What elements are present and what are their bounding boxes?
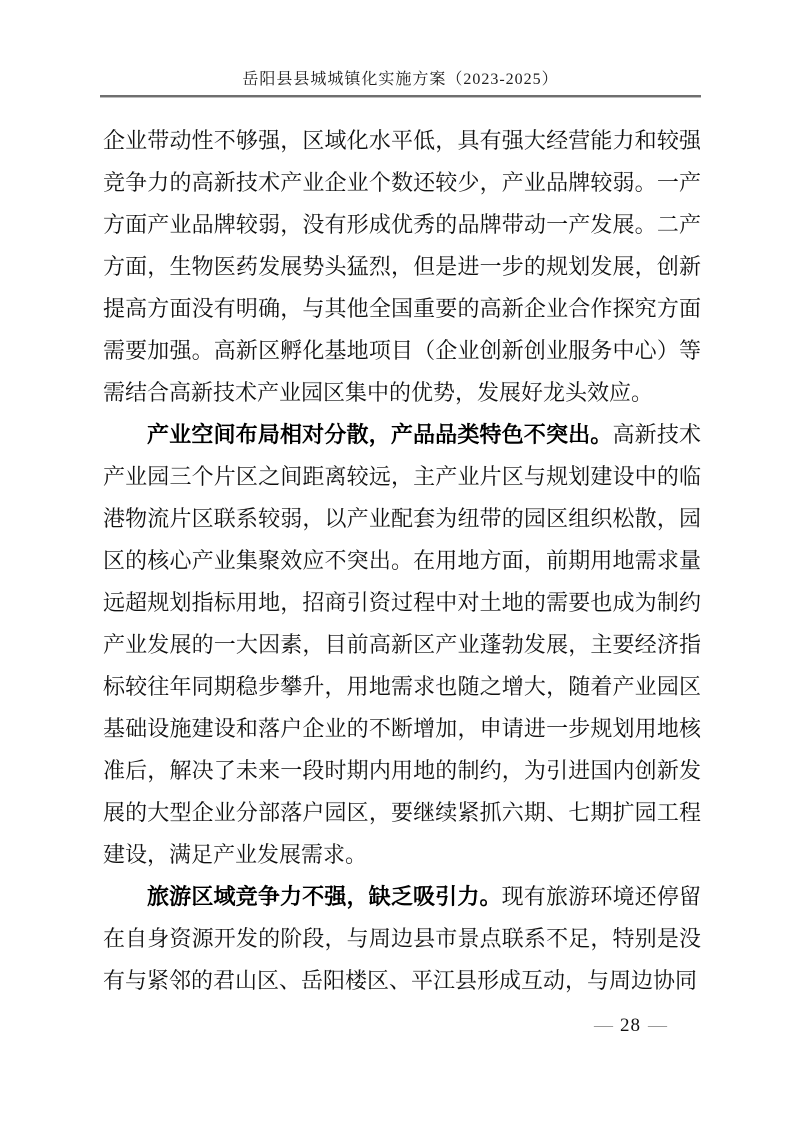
document-body: 企业带动性不够强，区域化水平低，具有强大经营能力和较强竞争力的高新技术产业企业个… xyxy=(103,120,701,1002)
header-divider-rule xyxy=(100,95,701,98)
paragraph-3-lead-bold: 旅游区域竞争力不强，缺乏吸引力。 xyxy=(147,884,502,909)
page-number-right-dash: — xyxy=(641,1015,674,1036)
page-number-footer: —28— xyxy=(587,1012,674,1040)
paragraph-2-lead-bold: 产业空间布局相对分散，产品品类特色不突出。 xyxy=(147,422,612,447)
paragraph-1-text: 企业带动性不够强，区域化水平低，具有强大经营能力和较强竞争力的高新技术产业企业个… xyxy=(103,128,701,405)
paragraph-2-text: 高新技术产业园三个片区之间距离较远，主产业片区与规划建设中的临港物流片区联系较弱… xyxy=(103,422,701,867)
document-page: 岳阳县县城城镇化实施方案（2023-2025） 企业带动性不够强，区域化水平低，… xyxy=(0,0,794,1122)
paragraph-tourism: 旅游区域竞争力不强，缺乏吸引力。现有旅游环境还停留在自身资源开发的阶段，与周边县… xyxy=(103,876,701,1002)
paragraph-continuation: 企业带动性不够强，区域化水平低，具有强大经营能力和较强竞争力的高新技术产业企业个… xyxy=(103,120,701,414)
page-number: 28 xyxy=(620,1015,641,1036)
document-header-title: 岳阳县县城城镇化实施方案（2023-2025） xyxy=(100,66,701,89)
page-number-left-dash: — xyxy=(587,1015,620,1036)
paragraph-industry-layout: 产业空间布局相对分散，产品品类特色不突出。高新技术产业园三个片区之间距离较远，主… xyxy=(103,414,701,876)
